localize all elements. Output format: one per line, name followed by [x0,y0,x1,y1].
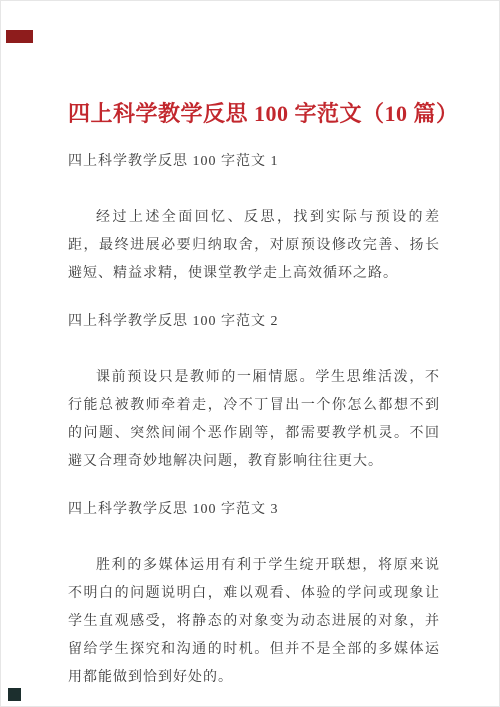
section-heading: 四上科学教学反思 100 字范文 3 [68,496,440,524]
document-section: 四上科学教学反思 100 字范文 2 课前预设只是教师的一厢情愿。学生思维活泼，… [68,308,440,476]
section-paragraph: 课前预设只是教师的一厢情愿。学生思维活泼，不行能总被教师牵着走，冷不丁冒出一个你… [68,364,440,476]
document-section: 四上科学教学反思 100 字范文 3 胜利的多媒体运用有利于学生绽开联想，将原来… [68,496,440,692]
bottom-left-dark-marker [8,688,21,701]
section-paragraph: 经过上述全面回忆、反思，找到实际与预设的差距，最终进展必要归纳取舍，对原预设修改… [68,204,440,288]
section-heading: 四上科学教学反思 100 字范文 1 [68,148,440,176]
document-section: 四上科学教学反思 100 字范文 1 经过上述全面回忆、反思，找到实际与预设的差… [68,148,440,288]
document-title: 四上科学教学反思 100 字范文（10 篇） [68,98,440,130]
section-heading: 四上科学教学反思 100 字范文 2 [68,308,440,336]
document-content: 四上科学教学反思 100 字范文（10 篇） 四上科学教学反思 100 字范文 … [0,0,500,692]
document-page: 四上科学教学反思 100 字范文（10 篇） 四上科学教学反思 100 字范文 … [0,0,500,707]
section-paragraph: 胜利的多媒体运用有利于学生绽开联想，将原来说不明白的问题说明白，难以观看、体验的… [68,552,440,692]
top-left-red-marker [6,30,33,43]
